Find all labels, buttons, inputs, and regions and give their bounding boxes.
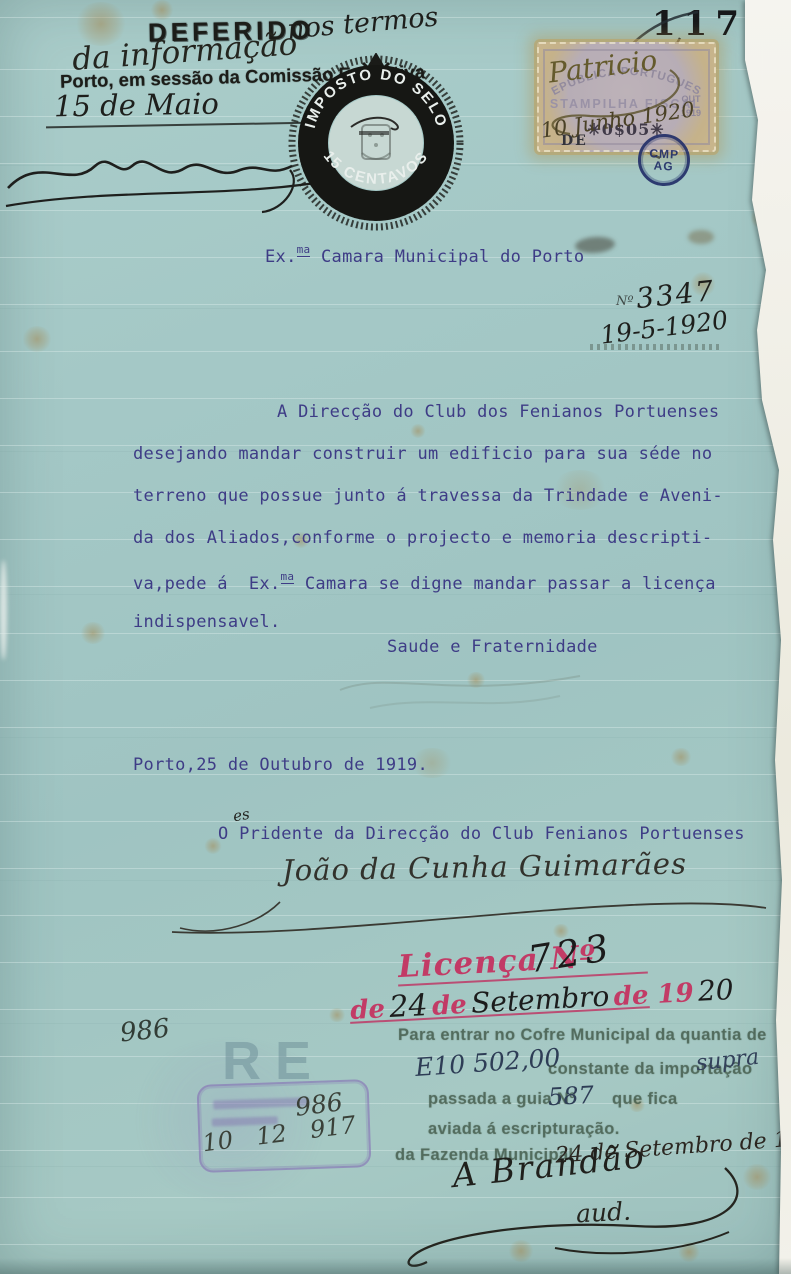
pencil-ref-number: 986	[119, 1013, 172, 1048]
paper-stain	[80, 622, 106, 644]
body-line-1: A Direcção do Club dos Fenianos Portuens…	[277, 402, 719, 422]
body-line-2: desejando mandar construir um edificio p…	[133, 444, 712, 464]
body-line-5a: va,pede á Ex.	[133, 574, 281, 594]
ink-smudge	[688, 230, 714, 244]
secondary-signature: aud.	[575, 1197, 631, 1229]
body-line-4: da dos Aliados,conforme o projecto e mem…	[133, 528, 712, 548]
paper-stain	[410, 424, 426, 438]
stamp-edge-smear	[590, 344, 720, 350]
president-signature-flourish	[160, 882, 780, 942]
addressee-rest: Camara Municipal do Porto	[310, 247, 584, 267]
treasury-guia-number: 587	[547, 1081, 594, 1111]
left-edge-wear	[0, 560, 7, 660]
paper-stain	[22, 326, 52, 352]
treasury-amount: E10 502,00	[414, 1043, 561, 1082]
dateline: Porto,25 de Outubro de 1919.	[133, 755, 428, 775]
body-line-5b: Camara se digne mandar passar a licença	[294, 574, 715, 594]
faint-pencil-note	[330, 660, 590, 716]
signer-title: O Pridente da Direcção do Club Fenianos …	[218, 824, 745, 844]
salute-line: Saude e Fraternidade	[387, 637, 598, 657]
body-line-6: indispensavel.	[133, 612, 281, 632]
addressee-prefix: Ex.	[265, 247, 297, 267]
addressee-superscript: ma	[297, 243, 311, 257]
document-page: nos termos DEFERIDO da informação Porto,…	[0, 0, 791, 1274]
registry-no-label: Nº	[616, 294, 634, 309]
body-line-5-sup: ma	[281, 570, 295, 584]
body-line-5: va,pede á Ex.ma Camara se digne mandar p…	[133, 570, 716, 594]
handwritten-correction: es	[232, 805, 251, 826]
paper-stain	[670, 748, 692, 766]
handwritten-session-date: 15 de Maio	[54, 87, 219, 124]
treasury-stamp-line-3b: que fica	[612, 1090, 678, 1109]
body-line-3: terreno que possue junto á travessa da T…	[133, 486, 723, 506]
imposto-do-selo-seal: IMPOSTO DO SELO 15 CENTAVOS	[283, 53, 469, 233]
document-addressee: Ex.ma Camara Municipal do Porto	[265, 243, 584, 267]
signature-flourish-top-left	[0, 126, 330, 221]
paper-stain	[328, 1008, 346, 1022]
treasury-stamp-line-4: aviada á escripturação.	[428, 1120, 620, 1139]
scan-edge-shadow	[0, 1258, 791, 1274]
licenca-year: 20	[697, 973, 734, 1008]
ink-smudge	[574, 236, 615, 255]
treasury-stamp-line-1: Para entrar no Cofre Municipal da quanti…	[398, 1026, 767, 1045]
torn-paper-edge	[731, 0, 791, 1274]
cmp-ag-bottom: AG	[653, 159, 674, 172]
